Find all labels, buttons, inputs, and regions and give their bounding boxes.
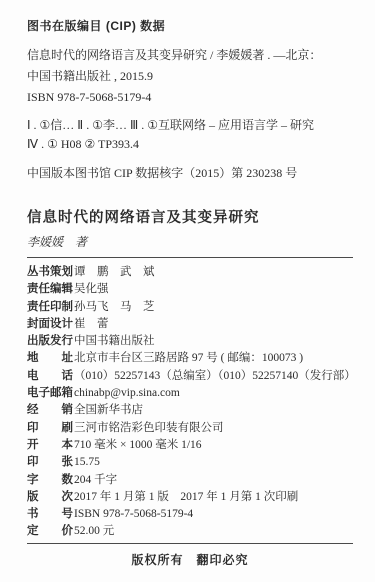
colophon-value: 崔 蕾 [74, 316, 109, 333]
colophon-value: 三河市铭浩彩色印装有限公司 [74, 420, 224, 437]
colophon-value: 710 毫米 × 1000 毫米 1/16 [74, 437, 202, 454]
cip-description: 信息时代的网络语言及其变异研究 / 李媛媛著 . —北京： 中国书籍出版社 , … [27, 45, 353, 108]
cip-description-line: 信息时代的网络语言及其变异研究 / 李媛媛著 . —北京： [27, 45, 353, 66]
colophon-row: 书 号 ISBN 978-7-5068-5179-4 [27, 506, 353, 523]
colophon-row: 责任印制 孙马飞 马 芝 [27, 299, 353, 316]
colophon-row: 印 刷 三河市铭浩彩色印装有限公司 [27, 420, 353, 437]
copyright-notice: 版权所有 翻印必究 [27, 551, 353, 568]
colophon-row: 电子邮箱 chinabp@vip.sina.com [27, 385, 353, 402]
colophon-value: chinabp@vip.sina.com [74, 385, 180, 402]
colophon-label: 责任编辑 [27, 281, 74, 298]
cip-classification-line: Ⅳ . ① H08 ② TP393.4 [27, 135, 353, 154]
copyright-page: 图书在版编目 (CIP) 数据 信息时代的网络语言及其变异研究 / 李媛媛著 .… [0, 0, 375, 582]
colophon-value: 吴化强 [74, 281, 109, 298]
colophon-label: 字 数 [27, 472, 74, 489]
colophon-label: 印 张 [27, 454, 74, 471]
colophon-row: 定 价 52.00 元 [27, 523, 353, 540]
colophon-row: 出版发行 中国书籍出版社 [27, 333, 353, 350]
colophon-label: 开 本 [27, 437, 74, 454]
colophon-label: 版 次 [27, 489, 74, 506]
cip-description-line: 中国书籍出版社 , 2015.9 [27, 66, 353, 87]
colophon-value: 15.75 [74, 454, 100, 471]
colophon-value: 北京市丰台区三路居路 97 号 ( 邮编：100073 ) [74, 350, 303, 367]
colophon-label: 电子邮箱 [27, 385, 74, 402]
colophon-value: （010）52257143（总编室）（010）52257140（发行部） [74, 368, 356, 385]
colophon-label: 定 价 [27, 523, 74, 540]
colophon-row: 字 数 204 千字 [27, 472, 353, 489]
colophon-value: 52.00 元 [74, 523, 114, 540]
colophon-row: 印 张 15.75 [27, 454, 353, 471]
colophon-value: ISBN 978-7-5068-5179-4 [74, 506, 193, 523]
colophon-value: 全国新华书店 [74, 402, 143, 419]
cip-record-number: 中国版本图书馆 CIP 数据核字（2015）第 230238 号 [27, 167, 353, 180]
colophon-row: 经 销 全国新华书店 [27, 402, 353, 419]
colophon-label: 地 址 [27, 350, 74, 367]
cip-description-line: ISBN 978-7-5068-5179-4 [27, 87, 353, 108]
colophon-value: 204 千字 [74, 472, 117, 489]
colophon-label: 出版发行 [27, 333, 74, 350]
colophon-value: 2017 年 1 月第 1 版 2017 年 1 月第 1 次印刷 [74, 489, 298, 506]
colophon-row: 开 本 710 毫米 × 1000 毫米 1/16 [27, 437, 353, 454]
colophon-label: 丛书策划 [27, 264, 74, 281]
book-title: 信息时代的网络语言及其变异研究 [27, 211, 353, 226]
book-author: 李媛媛 著 [27, 236, 353, 249]
cip-classification: Ⅰ . ①信… Ⅱ . ①李… Ⅲ . ①互联网络 – 应用语言学 – 研究 Ⅳ… [27, 116, 353, 153]
colophon-value: 谭 鹏 武 斌 [74, 264, 155, 281]
cip-header: 图书在版编目 (CIP) 数据 [27, 20, 353, 33]
page-content: 图书在版编目 (CIP) 数据 信息时代的网络语言及其变异研究 / 李媛媛著 .… [0, 0, 375, 568]
divider-bottom [27, 543, 353, 544]
colophon-value: 中国书籍出版社 [74, 333, 155, 350]
divider-top [27, 257, 353, 258]
colophon-value: 孙马飞 马 芝 [74, 299, 155, 316]
colophon-label: 责任印制 [27, 299, 74, 316]
colophon-label: 印 刷 [27, 420, 74, 437]
colophon-row: 电 话 （010）52257143（总编室）（010）52257140（发行部） [27, 368, 353, 385]
colophon-row: 封面设计 崔 蕾 [27, 316, 353, 333]
colophon-row: 责任编辑 吴化强 [27, 281, 353, 298]
colophon-row: 丛书策划 谭 鹏 武 斌 [27, 264, 353, 281]
colophon-label: 电 话 [27, 368, 74, 385]
colophon-label: 书 号 [27, 506, 74, 523]
colophon-table: 丛书策划 谭 鹏 武 斌 责任编辑 吴化强 责任印制 孙马飞 马 芝 封面设计 … [27, 264, 353, 541]
colophon-row: 版 次 2017 年 1 月第 1 版 2017 年 1 月第 1 次印刷 [27, 489, 353, 506]
colophon-row: 地 址 北京市丰台区三路居路 97 号 ( 邮编：100073 ) [27, 350, 353, 367]
colophon-label: 经 销 [27, 402, 74, 419]
colophon-label: 封面设计 [27, 316, 74, 333]
cip-classification-line: Ⅰ . ①信… Ⅱ . ①李… Ⅲ . ①互联网络 – 应用语言学 – 研究 [27, 116, 353, 135]
